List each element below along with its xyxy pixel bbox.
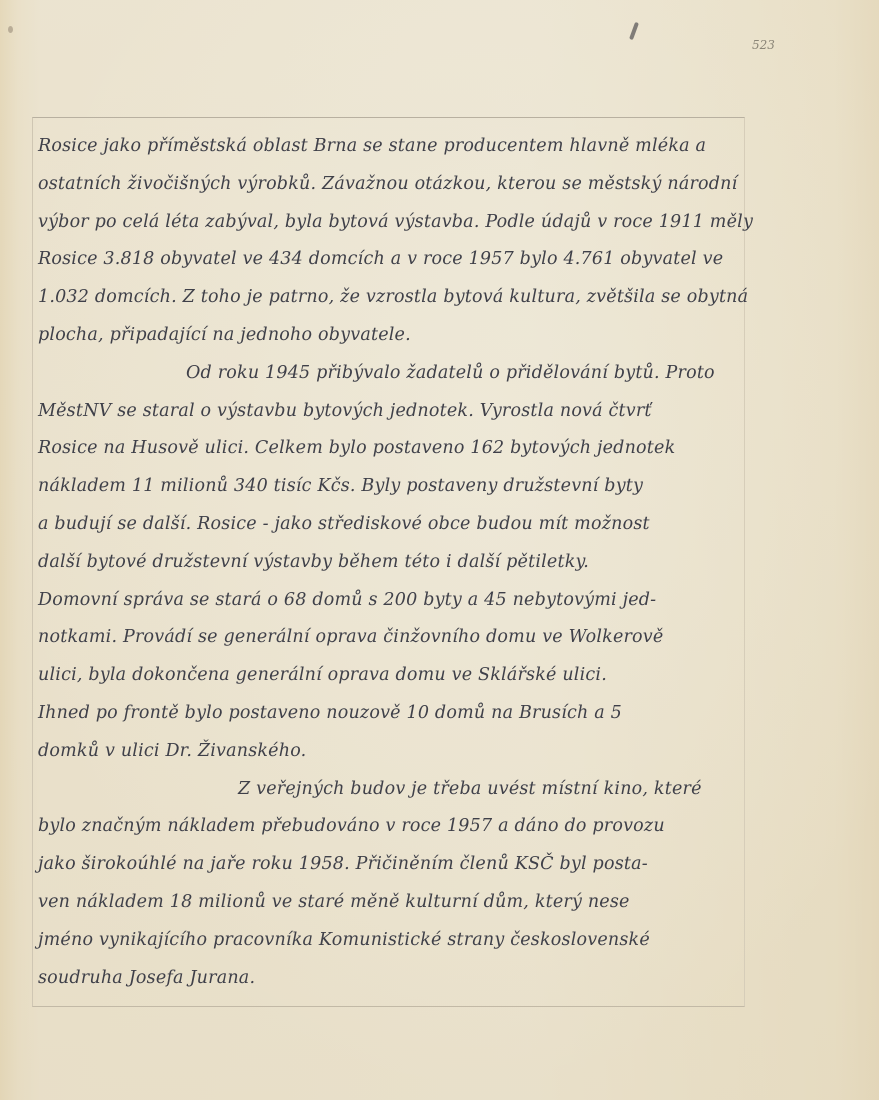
text-line: notkami. Provádí se generální oprava čin…: [38, 619, 748, 657]
text-line: MěstNV se staral o výstavbu bytových jed…: [38, 393, 748, 431]
text-line: výbor po celá léta zabýval, byla bytová …: [38, 204, 748, 242]
text-line: ostatních živočišných výrobků. Závažnou …: [38, 166, 748, 204]
text-line: domků v ulici Dr. Živanského.: [38, 733, 748, 771]
handwritten-text-block: Rosice jako příměstská oblast Brna se st…: [38, 128, 748, 997]
paper-stain: [8, 26, 13, 33]
text-line: Ihned po frontě bylo postaveno nouzově 1…: [38, 695, 748, 733]
text-line: ven nákladem 18 milionů ve staré měně ku…: [38, 884, 748, 922]
text-line: bylo značným nákladem přebudováno v roce…: [38, 808, 748, 846]
text-line: 1.032 domcích. Z toho je patrno, že vzro…: [38, 279, 748, 317]
text-line: ulici, byla dokončena generální oprava d…: [38, 657, 748, 695]
text-line: plocha, připadající na jednoho obyvatele…: [38, 317, 748, 355]
paragraph-start-line: Z veřejných budov je třeba uvést místní …: [38, 771, 748, 809]
text-line: jako širokoúhlé na jaře roku 1958. Přiči…: [38, 846, 748, 884]
text-line: soudruha Josefa Jurana.: [38, 960, 748, 998]
text-line: Rosice 3.818 obyvatel ve 434 domcích a v…: [38, 241, 748, 279]
text-line: a budují se další. Rosice - jako středis…: [38, 506, 748, 544]
page-number: 523: [752, 38, 775, 52]
text-line: Rosice jako příměstská oblast Brna se st…: [38, 128, 748, 166]
text-line: další bytové družstevní výstavby během t…: [38, 544, 748, 582]
text-line: jméno vynikajícího pracovníka Komunistic…: [38, 922, 748, 960]
text-line: Rosice na Husově ulici. Celkem bylo post…: [38, 430, 748, 468]
pencil-mark: [629, 22, 639, 40]
text-line: Domovní správa se stará o 68 domů s 200 …: [38, 582, 748, 620]
paragraph-start-line: Od roku 1945 přibývalo žadatelů o přiděl…: [38, 355, 748, 393]
manuscript-page: 523 Rosice jako příměstská oblast Brna s…: [0, 0, 879, 1100]
text-line: nákladem 11 milionů 340 tisíc Kčs. Byly …: [38, 468, 748, 506]
